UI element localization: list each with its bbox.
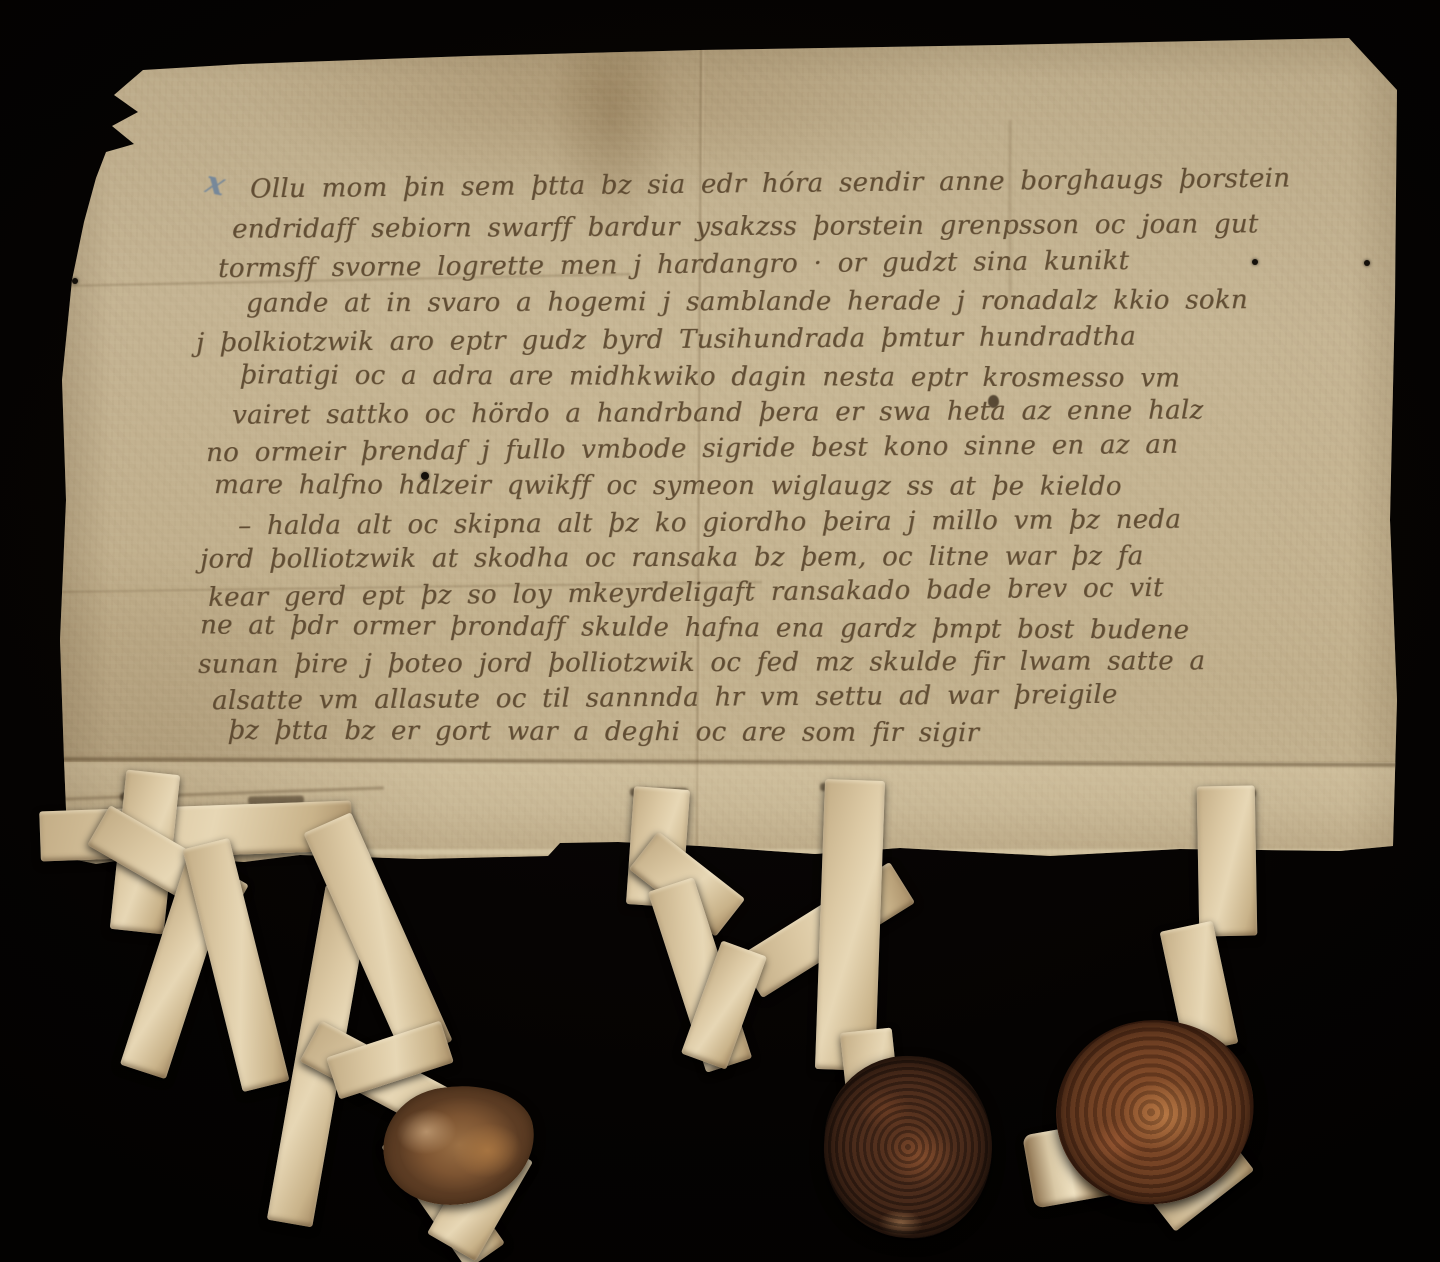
parchment-tag [815,779,885,1071]
manuscript-line: ne at þdr ormer þrondaff skulde hafna en… [200,610,1189,645]
manuscript-line: tormsff svorne logrette men j hardangro … [218,246,1130,284]
manuscript-line: – halda alt oc skipna alt þz ko giordho … [238,505,1181,542]
manuscript-line: sunan þire j þoteo jord þolliotzwik oc f… [198,646,1205,680]
manuscript-line: alsatte vm allasute oc til sannnda hr vm… [212,680,1118,716]
manuscript-line: mare halfno halzeir qwikff oc symeon wig… [214,470,1122,502]
manuscript-line: vairet sattko oc hördo a handrband þera … [232,395,1204,430]
manuscript-line: þiratigi oc a adra are midhkwiko dagin n… [240,360,1180,393]
manuscript-line: j þolkiotzwik aro eptr gudz byrd Tusihun… [196,322,1136,359]
manuscript-line: endridaff sebiorn swarff bardur ysakzss … [232,209,1259,244]
manuscript-line: þz þtta bz er gort war a deghi oc are so… [228,716,979,749]
photograph-medieval-charter: x Ollu mom þin sem þtta bz sia edr hóra … [0,0,1440,1262]
manuscript-line: Ollu mom þin sem þtta bz sia edr hóra se… [250,164,1290,205]
parchment-tag [1197,786,1258,937]
manuscript-line: gande at in svaro a hogemi j samblande h… [246,285,1248,318]
archival-x-mark: x [202,162,229,203]
manuscript-line: no ormeir þrendaf j fullo vmbode sigride… [206,430,1178,468]
manuscript-line: kear gerd ept þz so loy mkeyrdeligaft ra… [208,573,1164,613]
manuscript-line: jord þolliotzwik at skodha oc ransaka bz… [200,541,1144,574]
